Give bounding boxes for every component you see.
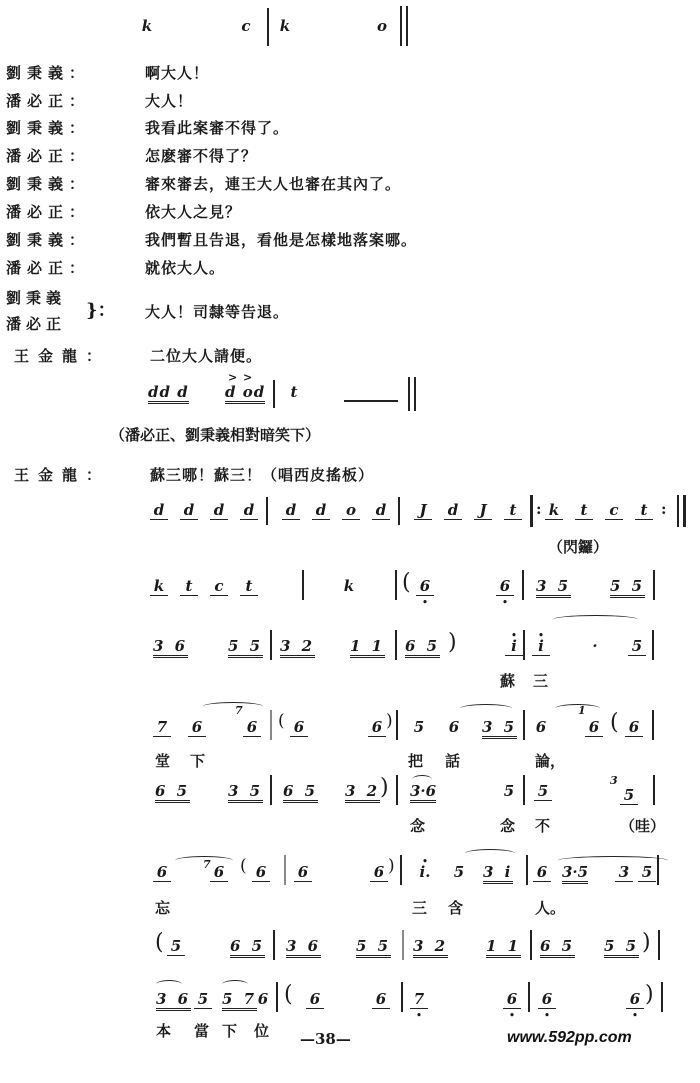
slur [553, 615, 638, 624]
paren-open: ( [610, 710, 619, 735]
speaker-label: 王金龍： [14, 345, 110, 366]
barline [401, 982, 403, 1012]
barline [284, 855, 286, 885]
barline [657, 855, 659, 885]
note: k [545, 501, 563, 520]
paren-close: ) [380, 775, 389, 800]
lyric: 人。 [535, 897, 565, 918]
note: 6 [533, 863, 551, 882]
note: c [605, 501, 623, 520]
barline [523, 775, 525, 805]
note: 6 [372, 990, 390, 1009]
lyric: （哇） [620, 815, 665, 836]
note: 6 [585, 718, 603, 737]
dialogue-line: 二位大人請便。 [150, 345, 262, 366]
note: 6 [306, 990, 324, 1009]
barline [652, 630, 654, 660]
paren-close: ) [645, 982, 654, 1007]
barline [270, 710, 272, 740]
note-pair: 3 6 [286, 937, 321, 958]
note-pair: 6 5 [540, 937, 575, 958]
note: 5 [194, 990, 212, 1009]
lyric: 話 [445, 750, 460, 771]
note: d [210, 501, 228, 520]
barline [523, 630, 525, 660]
speaker-label: 潘必正： [6, 90, 90, 111]
perc-note: t [285, 383, 303, 401]
speaker-label: 潘必正： [6, 257, 90, 278]
note: 6 [252, 863, 270, 882]
perc-note: k [276, 17, 294, 35]
note: 5 [410, 718, 428, 736]
note: 5 [638, 863, 656, 882]
instrument-annotation: （閃鑼） [548, 536, 608, 557]
note-pair: 5 5 [228, 637, 263, 658]
barline [653, 570, 655, 600]
dialogue-line: 蘇三哪！蘇三！（唱西皮搖板） [150, 464, 374, 485]
grace-note: 7 [235, 704, 243, 717]
lyric: 念 [410, 815, 425, 836]
watermark-url: www.592pp.com [507, 1029, 632, 1047]
lyric: 本 [156, 1020, 171, 1041]
note: c [210, 577, 228, 596]
slur [222, 980, 248, 989]
note: 6 [294, 863, 312, 882]
note: 3 [615, 863, 633, 882]
speaker-label: 劉秉義： [6, 117, 90, 138]
dialogue-line: 大人！ [145, 90, 193, 111]
note-pair: 5 5 [604, 937, 639, 958]
speaker-label: 王金龍： [14, 464, 110, 485]
barline [395, 630, 397, 660]
note: 6 [254, 990, 272, 1008]
grace-note: 3 [610, 774, 618, 787]
paren-open: ( [284, 982, 293, 1007]
repeat-barline [677, 495, 679, 527]
note: d [282, 501, 300, 520]
barline [270, 775, 272, 805]
note: 6 [445, 718, 463, 736]
lyric: 三 [412, 897, 427, 918]
note: 6 [210, 863, 228, 882]
dialogue-line: 我們暫且告退，看他是怎樣地落案哪。 [145, 229, 417, 250]
note: J [414, 501, 432, 520]
lyric: 位 [254, 1020, 269, 1041]
dot: · [586, 637, 604, 655]
lyric: 下 [222, 1020, 237, 1041]
note: 6 [243, 718, 261, 737]
note-pair: 3 5 [228, 782, 263, 803]
note: k [150, 577, 168, 596]
note: 6 [538, 990, 556, 1009]
note: 6 [625, 718, 643, 737]
slur [465, 849, 515, 858]
speaker-label: 潘必正 [6, 313, 66, 334]
note-pair: 3·6 [410, 782, 436, 803]
repeat-barline [683, 495, 686, 527]
repeat-barline [530, 495, 533, 527]
perc-note: c [237, 17, 255, 35]
paren-close: ) [448, 630, 457, 655]
note: 6 [496, 577, 514, 596]
speaker-label: 劉秉義 [6, 287, 66, 308]
final-barline [406, 6, 408, 46]
dialogue-line: 大人！司隸等告退。 [145, 301, 289, 322]
note: 6 [416, 577, 434, 596]
barline [398, 497, 400, 525]
note-pair: 3 2 [413, 937, 448, 958]
speaker-label: 潘必正： [6, 145, 90, 166]
note: 6 [290, 718, 308, 737]
repeat-dots: : [661, 500, 667, 518]
stage-direction: （潘必正、劉秉義相對暗笑下） [110, 424, 320, 445]
barline [273, 380, 275, 408]
note: t [575, 501, 593, 520]
note-pair: 5 5 [610, 577, 645, 598]
paren-close: ) [642, 930, 651, 955]
note: 5 [500, 782, 518, 800]
barline [267, 8, 269, 46]
note-pair: 6 5 [283, 782, 318, 803]
note-pair: 3 6 [153, 637, 188, 658]
barline [276, 982, 278, 1012]
note-pair: 1 1 [350, 637, 385, 658]
lyric: 蘇 [500, 670, 515, 691]
note-pair: 3 6 [156, 990, 191, 1011]
note: 7 [153, 718, 171, 737]
note-pair: 3·5 [562, 863, 588, 884]
barline [526, 855, 528, 885]
barline [266, 497, 268, 525]
barline [396, 775, 398, 805]
note: J [474, 501, 492, 520]
barline [270, 630, 272, 660]
lyric: 把 [408, 750, 423, 771]
speaker-label: 劉秉義： [6, 229, 90, 250]
note: 5 [450, 863, 468, 881]
dialogue-line: 啊大人！ [145, 62, 209, 83]
note: 5 [534, 782, 552, 801]
note: d [444, 501, 462, 520]
lyric: 當 [194, 1020, 209, 1041]
final-barline [408, 377, 410, 411]
lyric: 三 [533, 670, 548, 691]
note-pair: 6 5 [230, 937, 265, 958]
note: 6 [370, 863, 388, 882]
slur [203, 702, 263, 711]
note: t [180, 577, 198, 596]
dialogue-line: 依大人之見？ [145, 201, 241, 222]
slur [156, 980, 182, 989]
note: d [150, 501, 168, 520]
paren-open: ( [155, 930, 164, 955]
repeat-dots: : [536, 500, 542, 518]
note: 5 [167, 937, 185, 956]
note: k [340, 577, 358, 595]
perc-note: k [138, 17, 156, 35]
note: d [372, 501, 390, 520]
note-pair: 3 i [483, 863, 513, 884]
note-pair: 5 5 [356, 937, 391, 958]
slur [460, 704, 512, 713]
barline [652, 710, 654, 740]
note: 6 [368, 718, 386, 737]
barline [522, 570, 524, 600]
note-pair: 5 7 [222, 990, 257, 1011]
speaker-label: 劉秉義： [6, 173, 90, 194]
barline [528, 982, 530, 1012]
perc-group: d od [225, 383, 265, 404]
page-number: —38— [300, 1030, 351, 1048]
barline [400, 855, 402, 885]
note: 7 [410, 990, 428, 1009]
note: 6 [532, 718, 550, 736]
note-pair: 3 2 [345, 782, 380, 803]
barline [302, 570, 304, 600]
speaker-label: 潘必正： [6, 201, 90, 222]
note: i. [416, 863, 434, 881]
note: o [342, 501, 360, 520]
barline [402, 930, 404, 960]
dialogue-line: 審來審去，連王大人也審在其內了。 [145, 173, 401, 194]
note: d [180, 501, 198, 520]
note: t [240, 577, 258, 596]
barline [661, 982, 663, 1012]
note: 5 [620, 786, 638, 805]
lyric: 不 [535, 815, 550, 836]
note: d [312, 501, 330, 520]
note: i [532, 637, 550, 656]
note: 6 [503, 990, 521, 1009]
lyric: 念 [500, 815, 515, 836]
final-barline [414, 377, 416, 411]
barline [523, 710, 525, 740]
dialogue-line: 就依大人。 [145, 257, 225, 278]
lyric: 論， [535, 750, 565, 771]
barline [396, 710, 398, 740]
paren-open: ( [402, 570, 411, 595]
barline [395, 570, 397, 600]
lyric: 下 [190, 750, 205, 771]
note: 6 [153, 863, 171, 882]
final-barline [400, 6, 402, 46]
note-pair: 1 1 [486, 937, 521, 958]
paren-close: ) [386, 711, 393, 731]
note: t [504, 501, 522, 520]
dialogue-line: 我看此案審不得了。 [145, 117, 289, 138]
paren-open: ( [240, 856, 247, 876]
note-pair: 3 5 [482, 718, 517, 739]
note: i [505, 637, 523, 656]
sustain-dash [344, 400, 398, 402]
note-pair: 3 2 [280, 637, 315, 658]
note-pair: 6 5 [155, 782, 190, 803]
grace-note: 1 [578, 704, 586, 717]
paren-open: ( [278, 711, 285, 731]
speaker-label: 劉秉義： [6, 62, 90, 83]
lyric: 堂 [155, 750, 170, 771]
barline [653, 775, 655, 805]
perc-note: o [373, 17, 391, 35]
note-pair: 3 5 [536, 577, 571, 598]
note: 6 [188, 718, 206, 737]
note: t [635, 501, 653, 520]
brace: }： [86, 296, 116, 322]
paren-close: ) [388, 856, 395, 876]
note-pair: 6 5 [405, 637, 440, 658]
dialogue-line: 怎麽審不得了？ [145, 145, 257, 166]
barline [658, 930, 660, 960]
note: 5 [628, 637, 646, 656]
perc-group: dd d [148, 383, 189, 404]
barline [530, 930, 532, 960]
lyric: 忘 [155, 897, 170, 918]
barline [273, 930, 275, 960]
note: d [240, 501, 258, 520]
note: 6 [626, 990, 644, 1009]
lyric: 含 [448, 897, 463, 918]
